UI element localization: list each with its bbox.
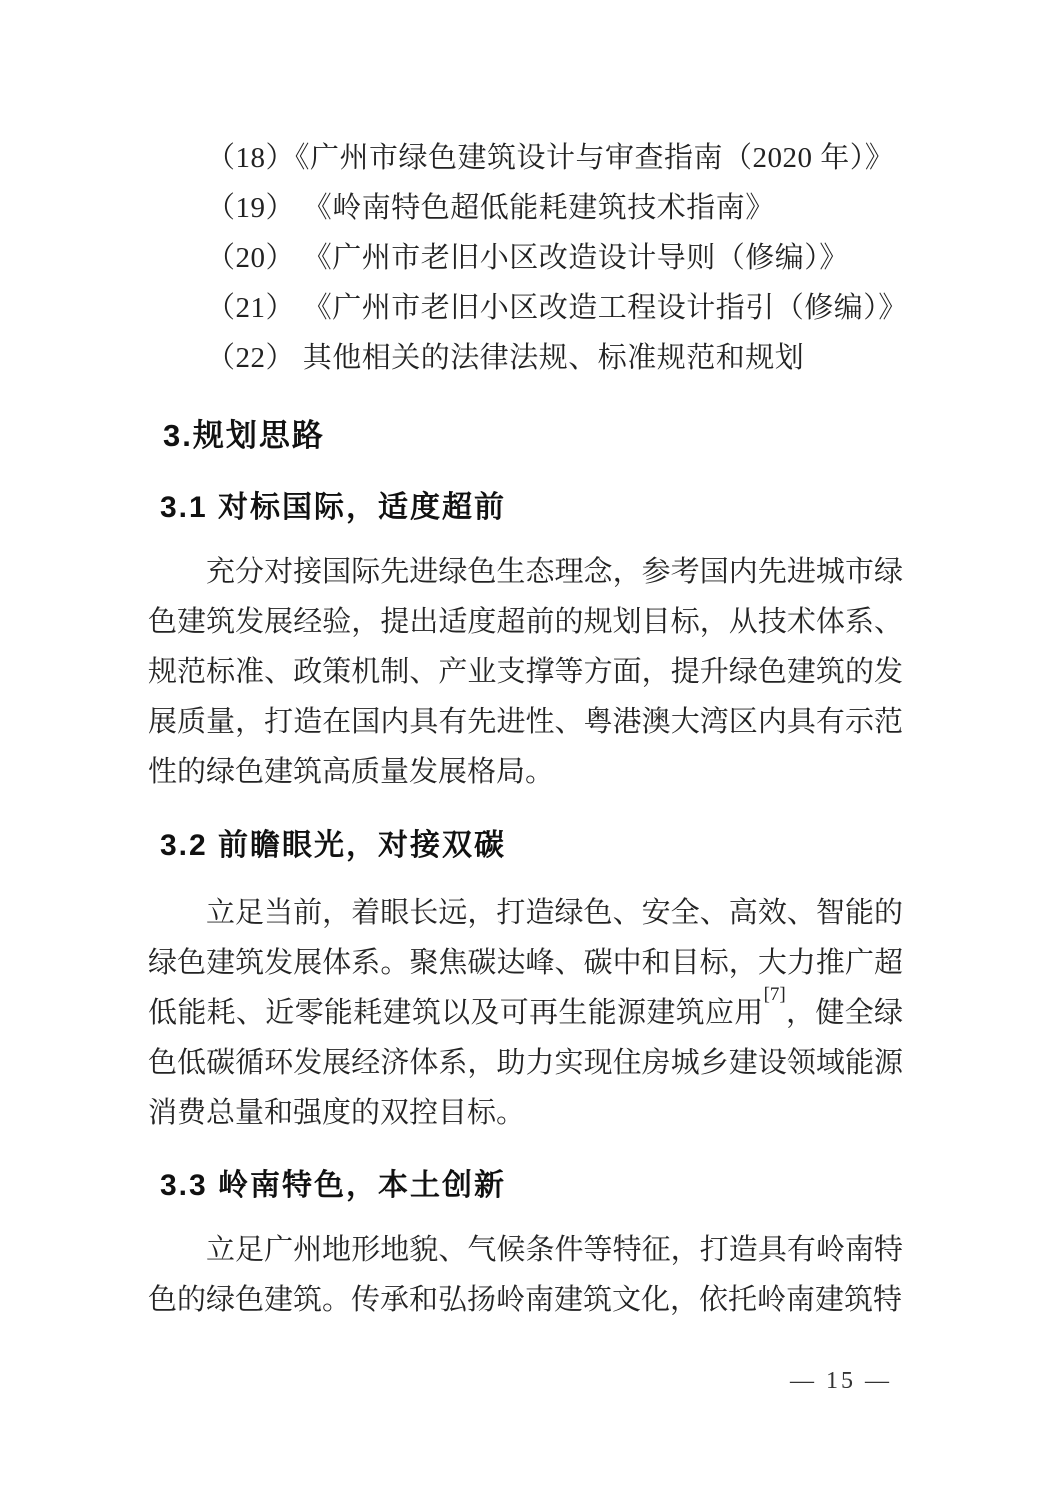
- reference-item-21: （21） 《广州市老旧小区改造工程设计指引（修编）》: [148, 283, 903, 333]
- reference-item-18: （18）《广州市绿色建筑设计与审查指南（2020 年）》: [148, 133, 903, 183]
- reference-item-22: （22） 其他相关的法律法规、标准规范和规划: [148, 333, 903, 383]
- reference-item-19: （19） 《岭南特色超低能耗建筑技术指南》: [148, 183, 903, 233]
- section-heading-3-2: 3.2 前瞻眼光，对接双碳: [160, 824, 903, 868]
- chapter-heading: 3.规划思路: [163, 414, 903, 458]
- footnote-reference-7: [7]: [764, 984, 786, 1005]
- section-heading-3-3: 3.3 岭南特色，本土创新: [160, 1164, 903, 1208]
- reference-list: （18）《广州市绿色建筑设计与审查指南（2020 年）》 （19） 《岭南特色超…: [148, 133, 903, 383]
- reference-item-20: （20） 《广州市老旧小区改造设计导则（修编）》: [148, 233, 903, 283]
- text-block: （18）《广州市绿色建筑设计与审查指南（2020 年）》 （19） 《岭南特色超…: [0, 0, 1050, 1325]
- section-paragraph-3-2: 立足当前，着眼长远，打造绿色、安全、高效、智能的绿色建筑发展体系。聚焦碳达峰、碳…: [148, 888, 903, 1138]
- document-page: （18）《广州市绿色建筑设计与审查指南（2020 年）》 （19） 《岭南特色超…: [0, 0, 1050, 1485]
- page-number: — 15 —: [790, 1368, 892, 1395]
- section-paragraph-3-3: 立足广州地形地貌、气候条件等特征，打造具有岭南特色的绿色建筑。传承和弘扬岭南建筑…: [148, 1225, 903, 1325]
- section-heading-3-1: 3.1 对标国际，适度超前: [160, 486, 903, 530]
- section-paragraph-3-1: 充分对接国际先进绿色生态理念，参考国内先进城市绿色建筑发展经验，提出适度超前的规…: [148, 547, 903, 797]
